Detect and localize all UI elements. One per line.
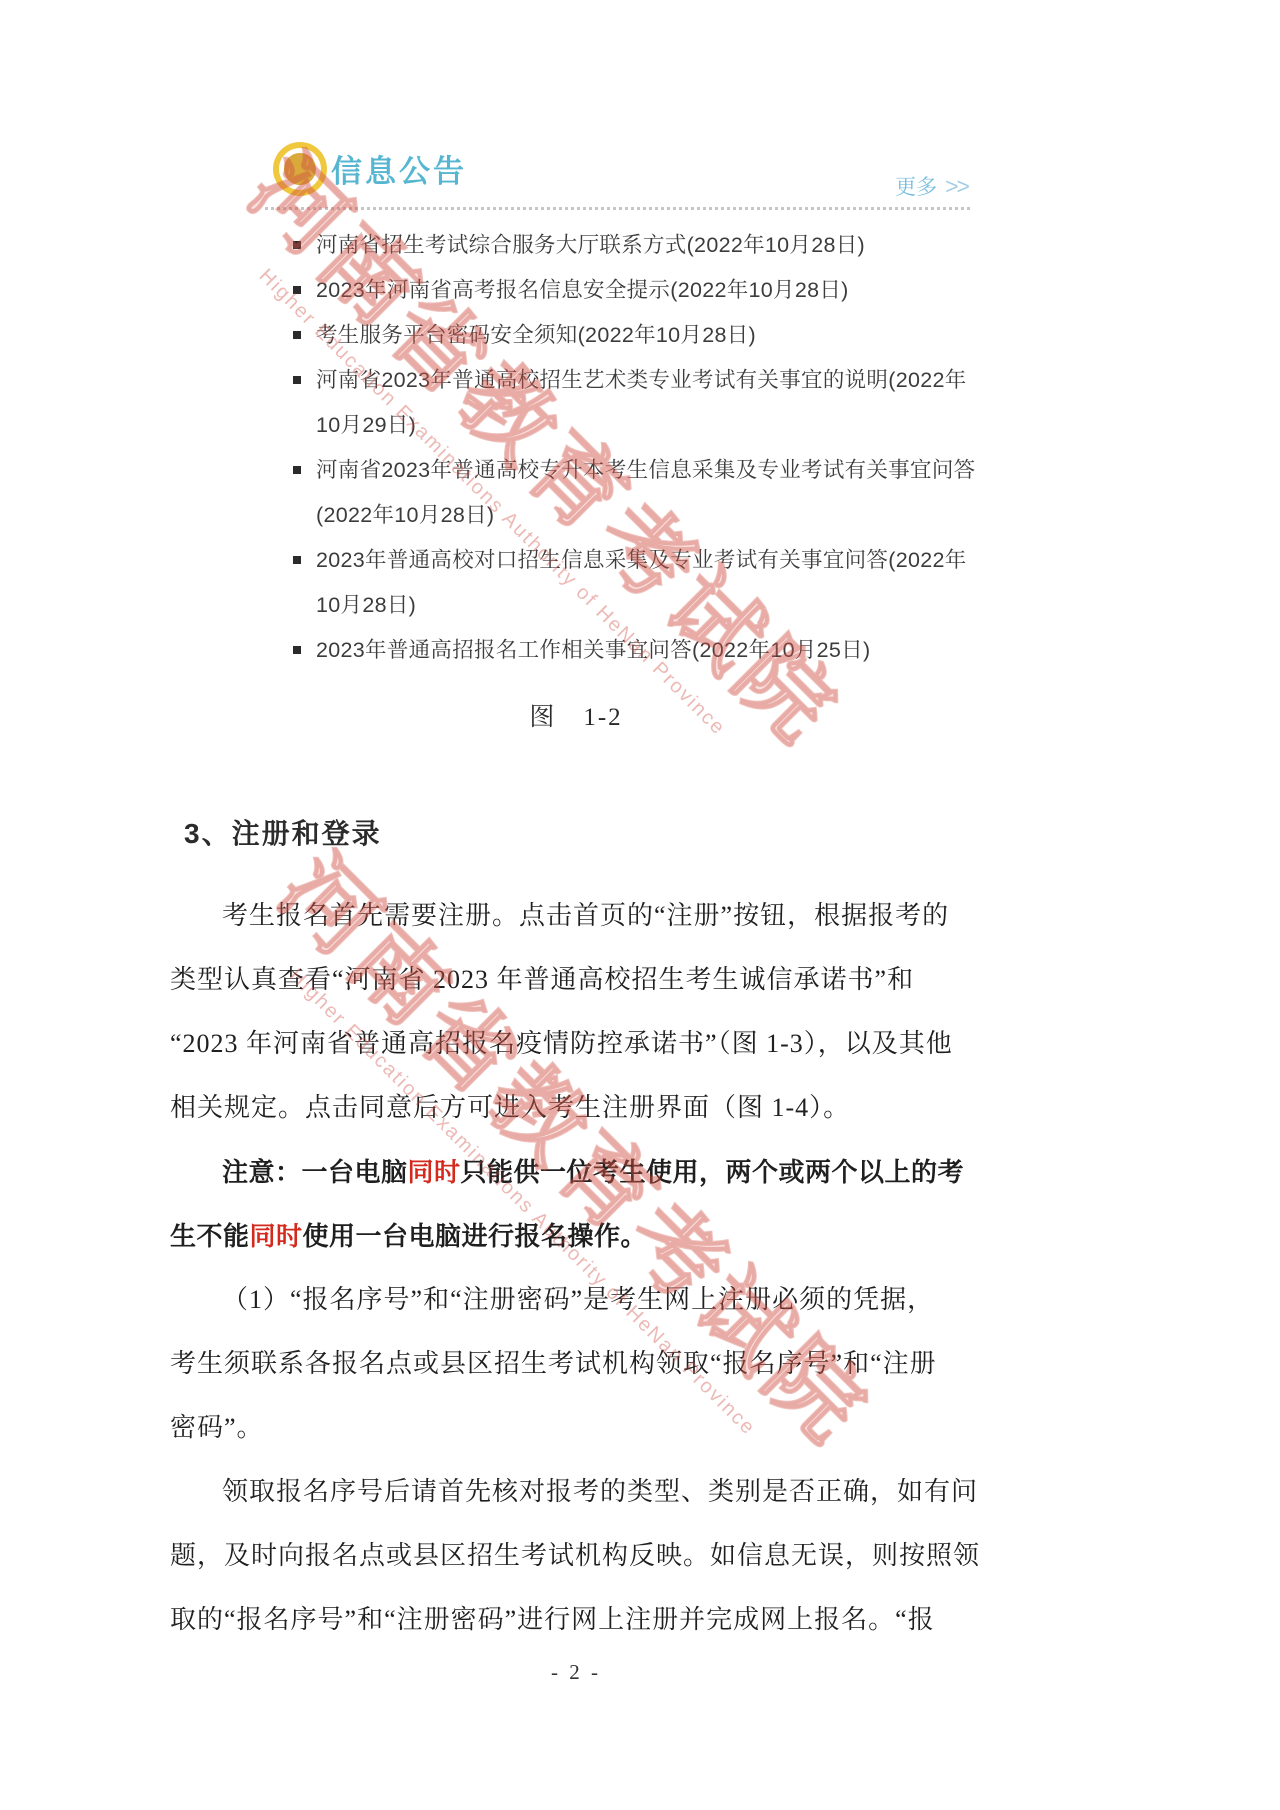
note-text: 注意：一台电脑 (222, 1157, 408, 1187)
paragraph-line: 题，及时向报名点或县区招生考试机构反映。如信息无误，则按照领 (170, 1524, 994, 1588)
paragraph-line: 相关规定。点击同意后方可进入考生注册界面（图 1-4）。 (170, 1076, 994, 1140)
announcement-text: 2023年普通高招报名工作相关事宜问答(2022年10月25日) (316, 638, 870, 662)
section-heading: 3、注册和登录 (184, 812, 382, 852)
announcement-text: 2023年普通高校对口招生信息采集及专业考试有关事宜问答(2022年 (316, 548, 967, 572)
bullet-icon (293, 241, 301, 249)
paragraph-line: 领取报名序号后请首先核对报考的类型、类别是否正确，如有问 (170, 1460, 994, 1524)
double-chevron-icon: >> (945, 173, 968, 200)
announcement-link[interactable]: 河南省2023年普通高校专升本考生信息采集及专业考试有关事宜问答 (2022年1… (265, 448, 970, 538)
page-number: - 2 - (170, 1660, 982, 1685)
note-text: 使用一台电脑进行报名操作。 (303, 1221, 648, 1251)
note-text: 只能供一位考生使用，两个或两个以上的考 (461, 1157, 965, 1187)
announcement-text: 河南省2023年普通高校专升本考生信息采集及专业考试有关事宜问答 (316, 458, 975, 482)
bullet-icon (293, 466, 301, 474)
announcement-link[interactable]: 2023年河南省高考报名信息安全提示(2022年10月28日) (265, 268, 970, 313)
info-panel-header: 信息公告 更多 >> (265, 136, 970, 210)
announcement-link[interactable]: 考生服务平台密码安全须知(2022年10月28日) (265, 313, 970, 358)
announcement-text-wrap: 10月29日) (265, 403, 970, 448)
bullet-icon (293, 646, 301, 654)
note-text: 生不能 (170, 1221, 250, 1251)
bullet-icon (293, 331, 301, 339)
highlight-red: 同时 (408, 1157, 461, 1187)
paragraph-line: “2023 年河南省普通高招报名疫情防控承诺书”（图 1-3），以及其他 (170, 1012, 994, 1076)
bullet-icon (293, 376, 301, 384)
note-line: 生不能同时使用一台电脑进行报名操作。 (170, 1204, 994, 1268)
announcement-text: 河南省招生考试综合服务大厅联系方式(2022年10月28日) (316, 233, 865, 257)
paragraph-line: 取的“报名序号”和“注册密码”进行网上注册并完成网上报名。“报 (170, 1588, 994, 1652)
note-line: 注意：一台电脑同时只能供一位考生使用，两个或两个以上的考 (170, 1140, 994, 1204)
paragraph-line: 考生须联系各报名点或县区招生考试机构领取“报名序号”和“注册 (170, 1332, 994, 1396)
paragraph-line: 考生报名首先需要注册。点击首页的“注册”按钮，根据报考的 (170, 884, 994, 948)
paragraph-line: （1）“报名序号”和“注册密码”是考生网上注册必须的凭据， (170, 1268, 994, 1332)
more-link[interactable]: 更多 >> (895, 171, 968, 201)
announcement-text-wrap: (2022年10月28日) (265, 493, 970, 538)
announcement-link[interactable]: 河南省招生考试综合服务大厅联系方式(2022年10月28日) (265, 223, 970, 268)
bullet-icon (293, 556, 301, 564)
announcement-list: 河南省招生考试综合服务大厅联系方式(2022年10月28日) 2023年河南省高… (265, 210, 970, 673)
announcement-link[interactable]: 2023年普通高招报名工作相关事宜问答(2022年10月25日) (265, 628, 970, 673)
document-page: 河南省教育考试院 Higher Education Examinations A… (0, 0, 1280, 1810)
info-panel: 信息公告 更多 >> 河南省招生考试综合服务大厅联系方式(2022年10月28日… (265, 136, 970, 673)
announcement-text: 考生服务平台密码安全须知(2022年10月28日) (316, 323, 756, 347)
announcement-text-wrap: 10月28日) (265, 583, 970, 628)
panel-title: 信息公告 (331, 146, 467, 191)
paragraph-line: 密码”。 (170, 1396, 994, 1460)
bullet-icon (293, 286, 301, 294)
announcement-text: 河南省2023年普通高校招生艺术类专业考试有关事宜的说明(2022年 (316, 368, 967, 392)
highlight-red: 同时 (250, 1221, 303, 1251)
body-text: 考生报名首先需要注册。点击首页的“注册”按钮，根据报考的 类型认真查看“河南省 … (170, 884, 994, 1652)
paragraph-line: 类型认真查看“河南省 2023 年普通高校招生考生诚信承诺书”和 (170, 948, 994, 1012)
more-link-label: 更多 (895, 171, 937, 201)
announcement-link[interactable]: 2023年普通高校对口招生信息采集及专业考试有关事宜问答(2022年 10月28… (265, 538, 970, 628)
figure-caption: 图 1-2 (170, 697, 982, 733)
announcement-link[interactable]: 河南省2023年普通高校招生艺术类专业考试有关事宜的说明(2022年 10月29… (265, 358, 970, 448)
announcement-text: 2023年河南省高考报名信息安全提示(2022年10月28日) (316, 278, 849, 302)
bulletin-circle-icon (279, 148, 321, 190)
